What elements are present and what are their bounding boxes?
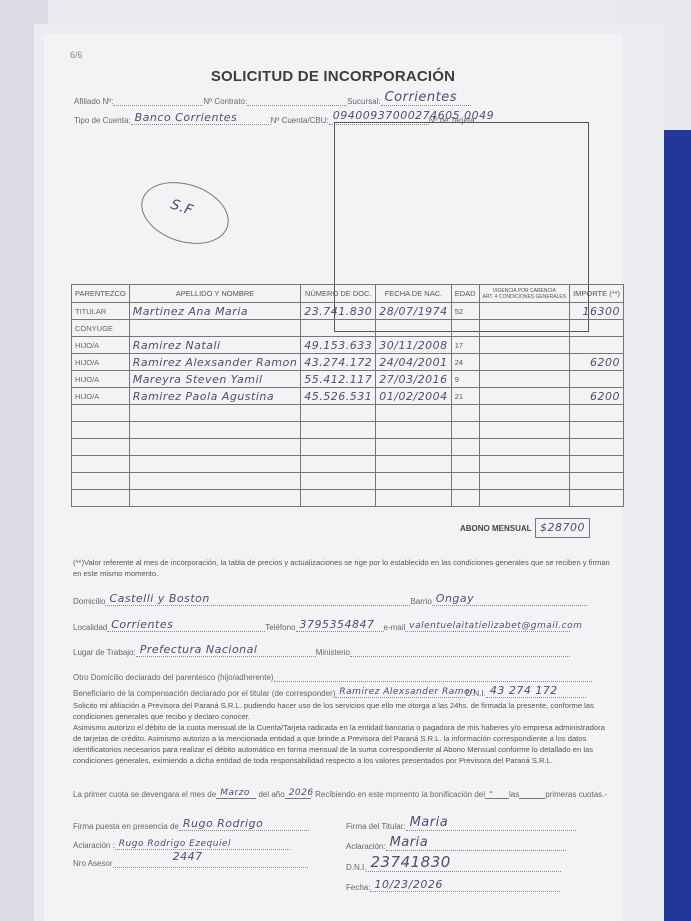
cell-doc[interactable] [301, 473, 376, 490]
cell-nombre[interactable]: Ramirez Natali [129, 337, 301, 354]
domicilio-label: Domicilio [73, 597, 105, 606]
cell-nac[interactable] [376, 490, 451, 507]
bonificacion-text: . Recibiendo en este momento la bonifica… [311, 790, 485, 799]
localidad-row: LocalidadCorrientesTeléfono3795354847e-m… [73, 621, 570, 632]
fecha-field[interactable]: 10/23/2026 [370, 881, 560, 892]
col-doc: NÚMERO DE DOC. [301, 285, 376, 303]
afiliado-field[interactable] [113, 95, 203, 106]
cell-nac[interactable]: 01/02/2004 [376, 388, 451, 405]
fecha-row: Fecha:10/23/2026 [346, 881, 560, 892]
cell-nac[interactable] [376, 456, 451, 473]
cell-edad[interactable]: 9 [451, 371, 479, 388]
cell-vigencia[interactable] [479, 405, 570, 422]
table-row [72, 422, 624, 439]
aclaracion-right-row: Aclaración:Maria [346, 840, 566, 851]
table-row: CÓNYUGE [72, 320, 624, 337]
cell-nac[interactable]: 28/07/1974 [376, 303, 451, 320]
las-label: las [509, 790, 519, 799]
table-row [72, 405, 624, 422]
aclaracion-right-field[interactable]: Maria [386, 840, 566, 851]
cell-importe[interactable]: 6200 [570, 388, 624, 405]
cell-doc[interactable] [301, 490, 376, 507]
sucursal-field[interactable]: Corrientes [381, 95, 471, 106]
cell-doc[interactable]: 23.741.830 [301, 303, 376, 320]
presencia-signature[interactable]: Rugo Rodrigo [179, 820, 309, 831]
domicilio-row: DomicilioCastelli y BostonBarrioOngay [73, 595, 587, 606]
cell-vigencia[interactable] [479, 473, 570, 490]
table-row: HIJO/ARamirez Alexsander Ramon43.274.172… [72, 354, 624, 371]
ministerio-label: Ministerio [316, 648, 350, 657]
cell-edad[interactable]: 21 [451, 388, 479, 405]
cell-parentezco[interactable] [72, 405, 130, 422]
trabajo-field[interactable]: Prefectura Nacional [136, 646, 316, 657]
sf-stamp: S.F [133, 172, 237, 255]
cell-nombre[interactable] [129, 490, 301, 507]
col-nac: FECHA DE NAC. [376, 285, 451, 303]
cell-doc[interactable]: 45.526.531 [301, 388, 376, 405]
table-row: TITULARMartinez Ana Maria23.741.83028/07… [72, 303, 624, 320]
cell-vigencia[interactable] [479, 354, 570, 371]
cell-parentezco[interactable]: HIJO/A [72, 337, 130, 354]
trabajo-row: Lugar de Trabajo:Prefectura NacionalMini… [73, 646, 570, 657]
col-edad: EDAD [451, 285, 479, 303]
legal-paragraph-1: Solicito mi afiliación a Previsora del P… [73, 700, 613, 722]
abono-label: ABONO MENSUAL [460, 524, 532, 533]
asesor-row: Nro Asesor2447 [73, 857, 308, 868]
telefono-field[interactable]: 3795354847 [296, 621, 384, 632]
cell-nombre[interactable] [129, 456, 301, 473]
cell-parentezco[interactable] [72, 439, 130, 456]
cell-doc[interactable] [301, 405, 376, 422]
email-field[interactable]: valentuelaitatielizabet@gmail.com [405, 621, 570, 632]
aclaracion-left-field[interactable]: Rugo Rodrigo Ezequiel [115, 839, 290, 850]
form-title: SOLICITUD DE INCORPORACIÓN [44, 68, 622, 85]
cell-nombre[interactable]: Martinez Ana Maria [129, 303, 301, 320]
cell-edad[interactable]: 17 [451, 337, 479, 354]
table-row [72, 490, 624, 507]
cuotas-field[interactable] [519, 788, 545, 799]
page-number: 6/6 [70, 50, 83, 60]
cell-vigencia[interactable] [479, 303, 570, 320]
mes-field[interactable]: Marzo [216, 788, 256, 799]
legal-paragraph-2: Asimismo autorizo el débito de la cuota … [73, 722, 613, 766]
tipo-cuenta-field[interactable]: Banco Corrientes [131, 114, 271, 125]
table-header-row: PARENTEZCO APELLIDO Y NOMBRE NÚMERO DE D… [72, 285, 624, 303]
col-importe: IMPORTE (**) [570, 285, 624, 303]
cell-nac[interactable] [376, 439, 451, 456]
cell-parentezco[interactable]: TITULAR [72, 303, 130, 320]
anio-label: del año [258, 790, 284, 799]
cell-doc[interactable]: 55.412.117 [301, 371, 376, 388]
table-row [72, 439, 624, 456]
barrio-field[interactable]: Ongay [432, 595, 587, 606]
cell-vigencia[interactable] [479, 320, 570, 337]
cell-doc[interactable] [301, 439, 376, 456]
telefono-label: Teléfono [265, 623, 295, 632]
presencia-label: Firma puesta en presencia de [73, 822, 179, 831]
beneficiario-field[interactable]: Ramirez Alexsander Ramon [335, 687, 465, 698]
fecha-label: Fecha: [346, 883, 370, 892]
cell-importe[interactable]: 6200 [570, 354, 624, 371]
cell-parentezco[interactable] [72, 456, 130, 473]
price-note: (**)Valor referente al mes de incorporac… [73, 557, 613, 579]
primer-cuota-suffix: primeras cuotas.- [545, 790, 607, 799]
col-nombre: APELLIDO Y NOMBRE [129, 285, 301, 303]
table-row [72, 456, 624, 473]
beneficiario-label: Beneficiario de la compensación declarad… [73, 689, 335, 698]
ministerio-field[interactable] [350, 646, 570, 657]
cell-nac[interactable] [376, 473, 451, 490]
aclaracion-left-row: Aclaración :Rugo Rodrigo Ezequiel [73, 839, 290, 850]
table-row [72, 473, 624, 490]
table-row: HIJO/ARamirez Paola Agustina45.526.53101… [72, 388, 624, 405]
cell-edad[interactable] [451, 422, 479, 439]
abono-field[interactable]: $28700 [535, 518, 590, 538]
asesor-label: Nro Asesor [73, 859, 113, 868]
col-vigencia: VIGENCIA POR CARENCIAART. 4 CONDICIONES … [479, 285, 570, 303]
presencia-row: Firma puesta en presencia deRugo Rodrigo [73, 820, 309, 831]
cbu-label: Nº Cuenta/CBU: [271, 116, 329, 125]
dni-label: D.N.I. [346, 863, 366, 872]
form-sheet: 6/6 SOLICITUD DE INCORPORACIÓN Afiliado … [44, 34, 622, 921]
cell-parentezco[interactable] [72, 422, 130, 439]
cell-parentezco[interactable]: HIJO/A [72, 354, 130, 371]
email-label: e-mail [384, 623, 406, 632]
aclaracion-right-label: Aclaración: [346, 842, 386, 851]
cell-doc[interactable]: 49.153.633 [301, 337, 376, 354]
sucursal-label: Sucursal: [347, 97, 380, 106]
cell-parentezco[interactable]: HIJO/A [72, 371, 130, 388]
cell-nombre[interactable]: Mareyra Steven Yamil [129, 371, 301, 388]
cell-vigencia[interactable] [479, 388, 570, 405]
cell-doc[interactable] [301, 422, 376, 439]
cell-importe[interactable] [570, 371, 624, 388]
cell-nac[interactable] [376, 422, 451, 439]
barrio-label: Barrio [410, 597, 431, 606]
cell-doc[interactable] [301, 456, 376, 473]
cell-nombre[interactable] [129, 422, 301, 439]
cell-edad[interactable] [451, 320, 479, 337]
afiliado-label: Afiliado Nº: [74, 97, 113, 106]
cell-importe[interactable] [570, 405, 624, 422]
cell-edad[interactable] [451, 490, 479, 507]
family-table: PARENTEZCO APELLIDO Y NOMBRE NÚMERO DE D… [71, 284, 624, 507]
cell-nac[interactable]: 30/11/2008 [376, 337, 451, 354]
cell-vigencia[interactable] [479, 422, 570, 439]
cell-vigencia[interactable] [479, 439, 570, 456]
beneficiario-dni-field[interactable]: 43 274 172 [486, 687, 586, 698]
beneficiario-row: Beneficiario de la compensación declarad… [73, 687, 586, 698]
primer-cuota-prefix: La primer cuota se devengara el mes de [73, 790, 216, 799]
bonificacion-field[interactable]: - [485, 788, 509, 799]
tipo-cuenta-label: Tipo de Cuenta: [74, 116, 131, 125]
table-row: HIJO/AMareyra Steven Yamil55.412.11727/0… [72, 371, 624, 388]
firma-titular-signature[interactable]: Maria [406, 820, 576, 831]
cell-importe[interactable]: 16300 [570, 303, 624, 320]
cell-edad[interactable]: 52 [451, 303, 479, 320]
contrato-field[interactable] [247, 95, 347, 106]
contrato-label: Nº Contrato: [203, 97, 247, 106]
cell-parentezco[interactable] [72, 490, 130, 507]
cell-doc[interactable] [301, 320, 376, 337]
localidad-field[interactable]: Corrientes [107, 621, 265, 632]
cell-importe[interactable] [570, 422, 624, 439]
cell-importe[interactable] [570, 490, 624, 507]
cell-vigencia[interactable] [479, 490, 570, 507]
aclaracion-left-label: Aclaración : [73, 841, 115, 850]
cell-edad[interactable] [451, 456, 479, 473]
cell-vigencia[interactable] [479, 456, 570, 473]
col-parentezco: PARENTEZCO [72, 285, 130, 303]
cell-importe[interactable] [570, 337, 624, 354]
trabajo-label: Lugar de Trabajo: [73, 648, 136, 657]
cell-parentezco[interactable]: CÓNYUGE [72, 320, 130, 337]
cell-vigencia[interactable] [479, 371, 570, 388]
dni-field[interactable]: 23741830 [366, 861, 561, 872]
table-row: HIJO/ARamirez Natali49.153.63330/11/2008… [72, 337, 624, 354]
dni-row: D.N.I.23741830 [346, 861, 561, 872]
cell-importe[interactable] [570, 439, 624, 456]
otro-domicilio-label: Otro Domicilio declarado del parentesco … [73, 673, 274, 682]
asesor-field[interactable]: 2447 [113, 857, 308, 868]
cell-nombre[interactable]: Ramirez Paola Agustina [129, 388, 301, 405]
cell-importe[interactable] [570, 456, 624, 473]
cell-nac[interactable] [376, 320, 451, 337]
primer-cuota-row: La primer cuota se devengara el mes deMa… [73, 788, 607, 799]
firma-titular-label: Firma del Titular: [346, 822, 406, 831]
header-row-1: Afiliado Nº:Nº Contrato:Sucursal:Corrien… [74, 95, 471, 106]
cell-doc[interactable]: 43.274.172 [301, 354, 376, 371]
anio-field[interactable]: 2026 [285, 788, 311, 799]
firma-titular-row: Firma del Titular:Maria [346, 820, 576, 831]
cell-importe[interactable] [570, 320, 624, 337]
cell-vigencia[interactable] [479, 337, 570, 354]
cell-nombre[interactable]: Ramirez Alexsander Ramon [129, 354, 301, 371]
cell-nac[interactable] [376, 405, 451, 422]
cell-edad[interactable] [451, 405, 479, 422]
cell-nac[interactable]: 27/03/2016 [376, 371, 451, 388]
cell-parentezco[interactable]: HIJO/A [72, 388, 130, 405]
otro-domicilio-row: Otro Domicilio declarado del parentesco … [73, 671, 592, 682]
cell-nombre[interactable] [129, 439, 301, 456]
otro-domicilio-field[interactable] [274, 671, 592, 682]
domicilio-field[interactable]: Castelli y Boston [105, 595, 410, 606]
cell-nombre[interactable] [129, 473, 301, 490]
cell-parentezco[interactable] [72, 473, 130, 490]
cell-nac[interactable]: 24/04/2001 [376, 354, 451, 371]
cell-edad[interactable] [451, 473, 479, 490]
cell-edad[interactable]: 24 [451, 354, 479, 371]
cell-nombre[interactable] [129, 320, 301, 337]
localidad-label: Localidad [73, 623, 107, 632]
cell-edad[interactable] [451, 439, 479, 456]
cell-nombre[interactable] [129, 405, 301, 422]
cell-importe[interactable] [570, 473, 624, 490]
